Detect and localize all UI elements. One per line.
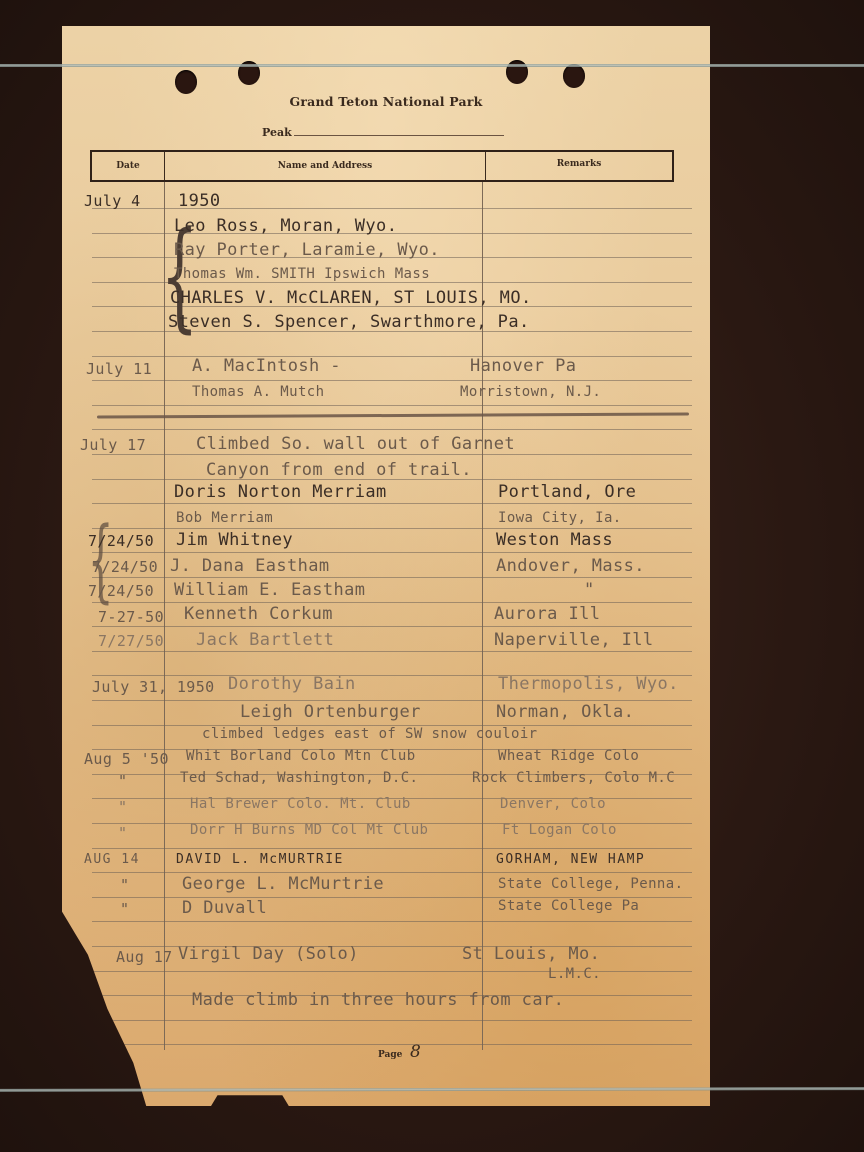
entry-name: Steven S. Spencer, Swarthmore, Pa.	[168, 312, 530, 332]
entry-date: 7/24/50	[88, 582, 154, 600]
entry-name: CHARLES V. McCLAREN, ST LOUIS, MO.	[170, 288, 532, 308]
entry-name: Thomas Wm. SMITH Ipswich Mass	[174, 266, 430, 282]
ruled-line	[92, 971, 692, 972]
entry-name: Jim Whitney	[176, 530, 293, 550]
entry-date: Aug 17	[116, 948, 173, 966]
column-header-remarks: Remarks	[486, 152, 672, 180]
entry-name: Virgil Day (Solo)	[178, 944, 359, 964]
entry-remarks: GORHAM, NEW HAMP	[496, 852, 645, 867]
page-number: 8	[410, 1042, 421, 1062]
entry-date: 7/27/50	[98, 632, 164, 650]
entry-name: Made climb in three hours from car.	[192, 990, 564, 1010]
entry-remarks: Andover, Mass.	[496, 556, 645, 576]
entry-name: J. Dana Eastham	[170, 556, 330, 576]
entry-name: William E. Eastham	[174, 580, 365, 600]
punch-hole	[175, 70, 197, 94]
ruled-line	[92, 356, 692, 357]
entry-date: "	[120, 876, 129, 894]
entry-name: Whit Borland Colo Mtn Club	[186, 748, 416, 764]
ruled-line	[92, 1044, 692, 1045]
entry-remarks: Hanover Pa	[470, 356, 576, 376]
column-header-date: Date	[92, 152, 165, 180]
entry-date: Aug 5 '50	[84, 750, 169, 768]
entry-date: "	[120, 900, 129, 918]
entry-remarks: "	[584, 580, 595, 600]
entry-date: "	[118, 824, 127, 842]
entry-date: July 4	[84, 192, 141, 210]
entry-date: 7/24/50	[92, 558, 158, 576]
punch-hole	[563, 64, 585, 88]
ruled-line	[92, 700, 692, 701]
entry-remarks: Norman, Okla.	[496, 702, 634, 722]
entry-remarks: St Louis, Mo.	[462, 944, 600, 964]
ruled-line	[92, 405, 692, 406]
entry-name: Climbed So. wall out of Garnet	[196, 434, 515, 454]
ruled-line	[92, 1020, 692, 1021]
entry-remarks: Thermopolis, Wyo.	[498, 674, 679, 694]
ruled-line	[92, 503, 692, 504]
entry-name: Jack Bartlett	[196, 630, 334, 650]
entry-remarks: Aurora Ill	[494, 604, 600, 624]
entry-remarks: Rock Climbers, Colo M.C	[472, 770, 675, 786]
entry-name: 1950	[178, 191, 221, 211]
entry-name: Thomas A. Mutch	[192, 384, 324, 400]
ruled-line	[92, 380, 692, 381]
entry-name: Ray Porter, Laramie, Wyo.	[174, 240, 440, 260]
peak-value	[294, 135, 504, 136]
ruled-line	[92, 454, 692, 455]
entry-name: Kenneth Corkum	[184, 604, 333, 624]
entry-name: Bob Merriam	[176, 510, 273, 526]
ruled-line	[92, 577, 692, 578]
entry-remarks: Naperville, Ill	[494, 630, 654, 650]
entry-name: climbed ledges east of SW snow couloir	[202, 726, 538, 742]
entry-name: Hal Brewer Colo. Mt. Club	[190, 796, 411, 812]
entry-remarks: Portland, Ore	[498, 482, 636, 502]
entry-remarks: Weston Mass	[496, 530, 613, 550]
entry-name: DAVID L. McMURTRIE	[176, 852, 344, 867]
entry-date: July 11	[86, 360, 152, 378]
entry-remarks: State College Pa	[498, 898, 639, 914]
entry-date: 7-27-50	[98, 608, 164, 626]
entry-name: D Duvall	[182, 898, 267, 918]
entry-remarks: State College, Penna.	[498, 876, 683, 892]
entry-remarks: L.M.C.	[548, 966, 601, 982]
peak-field: Peak	[262, 126, 504, 139]
entry-name: Ted Schad, Washington, D.C.	[180, 770, 418, 786]
ruled-line	[92, 602, 692, 603]
section-underline	[97, 412, 689, 418]
entry-name: Leigh Ortenburger	[240, 702, 421, 722]
ruled-line	[92, 848, 692, 849]
park-title: Grand Teton National Park	[62, 94, 710, 109]
page-label: Page	[378, 1050, 402, 1060]
entry-remarks: Iowa City, Ia.	[498, 510, 622, 526]
entry-name: Dorr H Burns MD Col Mt Club	[190, 822, 428, 838]
entry-name: George L. McMurtrie	[182, 874, 384, 894]
ruled-line	[92, 528, 692, 529]
entry-remarks: Ft Logan Colo	[502, 822, 617, 838]
entry-date: 7/24/50	[88, 532, 154, 550]
entry-date: "	[118, 772, 127, 790]
glass-edge-top	[0, 64, 864, 67]
entry-date: July 31, 1950	[92, 678, 215, 696]
entry-date: July 17	[80, 436, 146, 454]
ruled-line	[92, 921, 692, 922]
register-sheet: Grand Teton National Park Peak Date Name…	[62, 26, 710, 1106]
table-header: Date Name and Address Remarks	[90, 150, 674, 182]
peak-label: Peak	[262, 126, 292, 139]
entry-name: Canyon from end of trail.	[206, 460, 472, 480]
entry-date: AUG 14	[84, 852, 140, 867]
entry-date: "	[118, 798, 127, 816]
ruled-line	[92, 429, 692, 430]
entry-remarks: Morristown, N.J.	[460, 384, 601, 400]
entry-name: A. MacIntosh -	[192, 356, 341, 376]
entry-name: Doris Norton Merriam	[174, 482, 387, 502]
ruled-line	[92, 872, 692, 873]
entry-remarks: Wheat Ridge Colo	[498, 748, 639, 764]
entry-remarks: Denver, Colo	[500, 796, 606, 812]
ruled-line	[92, 552, 692, 553]
ruled-line	[92, 626, 692, 627]
column-header-name: Name and Address	[165, 152, 486, 180]
ruled-line	[92, 651, 692, 652]
entry-name: Dorothy Bain	[228, 674, 356, 694]
entry-name: Leo Ross, Moran, Wyo.	[174, 216, 397, 236]
